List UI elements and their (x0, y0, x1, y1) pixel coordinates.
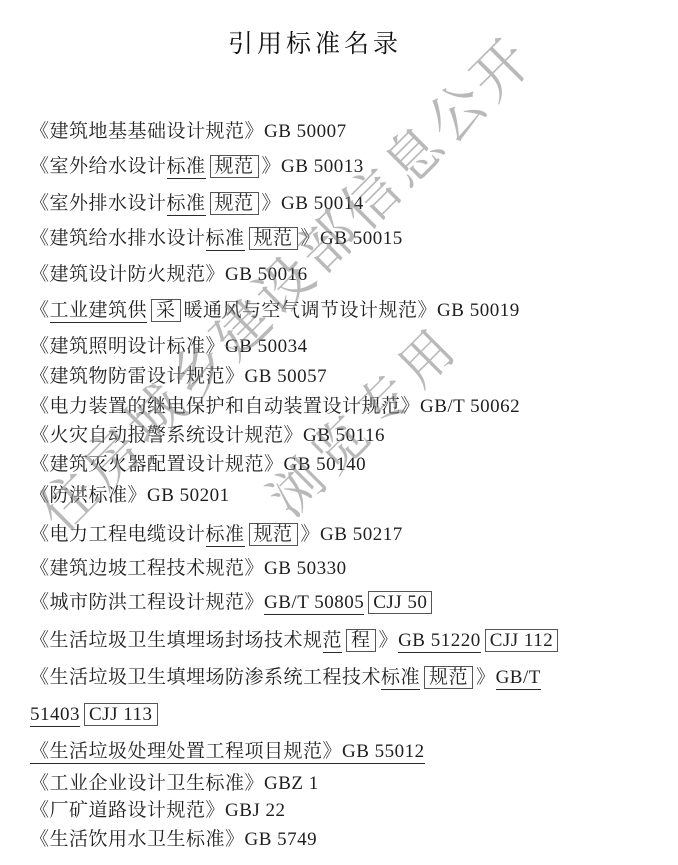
text-segment: 《城市防洪工程设计规范》 (30, 592, 264, 613)
text-segment: 《防洪标准》GB 50201 (30, 485, 230, 506)
text-segment: 《电力装置的继电保护和自动装置设计规范》GB/T 50062 (30, 396, 520, 417)
standard-item: 《建筑边坡工程技术规范》GB 50330 (30, 556, 347, 582)
text-segment: 《建筑边坡工程技术规范》GB 50330 (30, 558, 347, 579)
text-segment: 《建筑地基基础设计规范》GB 50007 (30, 121, 347, 142)
standard-item: 《防洪标准》GB 50201 (30, 483, 230, 509)
added-text-segment: 标准 (381, 667, 420, 690)
text-segment: 《生活垃圾卫生填埋场防渗系统工程技术 (30, 667, 381, 688)
standard-item: 《建筑物防雷设计规范》GB 50057 (30, 364, 327, 390)
added-text-segment: 《生活垃圾处理处置工程项目规范》GB 55012 (30, 741, 425, 764)
added-text-segment: 标准 (167, 193, 206, 216)
standard-item: 《电力装置的继电保护和自动装置设计规范》GB/T 50062 (30, 394, 520, 420)
standard-item: 《工业企业设计卫生标准》GBZ 1 (30, 771, 319, 797)
deleted-text-segment: CJJ 112 (485, 629, 559, 652)
text-segment: 《 (30, 300, 50, 321)
standard-item: 《建筑设计防火规范》GB 50016 (30, 262, 308, 288)
text-segment: 》 (379, 630, 399, 651)
text-segment: 暖通风与空气调节设计规范》GB 50019 (184, 300, 520, 321)
deleted-text-segment: 规范 (249, 227, 298, 250)
deleted-text-segment: 规范 (210, 192, 259, 215)
text-segment: 》GB 50217 (301, 524, 403, 545)
standard-item: 《建筑给水排水设计标准规范》GB 50015 (30, 226, 403, 252)
text-segment: 《电力工程电缆设计 (30, 524, 206, 545)
standard-item: 《室外排水设计标准规范》GB 50014 (30, 191, 364, 217)
added-text-segment: GB 51220 (398, 630, 481, 653)
standard-item: 《生活饮用水卫生标准》GB 5749 (30, 827, 317, 853)
standard-item: 《火灾自动报警系统设计规范》GB 50116 (30, 423, 385, 449)
text-segment: 《室外排水设计 (30, 193, 167, 214)
text-segment: 》 (476, 667, 496, 688)
deleted-text-segment: 程 (346, 629, 376, 652)
added-text-segment: 范 (323, 630, 343, 653)
standard-item: 51403CJJ 113 (30, 702, 161, 728)
deleted-text-segment: CJJ 50 (368, 591, 432, 614)
deleted-text-segment: 采 (151, 299, 181, 322)
deleted-text-segment: CJJ 113 (84, 703, 158, 726)
standards-list: 《建筑地基基础设计规范》GB 50007《室外给水设计标准规范》GB 50013… (0, 0, 678, 865)
deleted-text-segment: 规范 (210, 155, 259, 178)
added-text-segment: 标准 (206, 524, 245, 547)
standard-item: 《电力工程电缆设计标准规范》GB 50217 (30, 522, 403, 548)
text-segment: 《建筑设计防火规范》GB 50016 (30, 264, 308, 285)
standard-item: 《建筑灭火器配置设计规范》GB 50140 (30, 452, 366, 478)
text-segment: 《建筑给水排水设计 (30, 228, 206, 249)
added-text-segment: GB/T 50805 (264, 592, 364, 615)
standard-item: 《生活垃圾卫生填埋场防渗系统工程技术标准规范》GB/T (30, 665, 541, 691)
standard-item: 《室外给水设计标准规范》GB 50013 (30, 154, 364, 180)
standard-item: 《建筑地基基础设计规范》GB 50007 (30, 119, 347, 145)
text-segment: 《建筑照明设计标准》GB 50034 (30, 336, 308, 357)
text-segment: 《生活饮用水卫生标准》GB 5749 (30, 829, 317, 850)
standard-item: 《工业建筑供采暖通风与空气调节设计规范》GB 50019 (30, 298, 520, 324)
text-segment: 《建筑灭火器配置设计规范》GB 50140 (30, 454, 366, 475)
text-segment: 》GB 50013 (262, 156, 364, 177)
added-text-segment: 标准 (206, 228, 245, 251)
standard-item: 《厂矿道路设计规范》GBJ 22 (30, 798, 286, 824)
text-segment: 《工业企业设计卫生标准》GBZ 1 (30, 773, 319, 794)
added-text-segment: 工业建筑供 (50, 300, 148, 323)
added-text-segment: 51403 (30, 704, 80, 727)
text-segment: 《建筑物防雷设计规范》GB 50057 (30, 366, 327, 387)
added-text-segment: 标准 (167, 156, 206, 179)
standard-item: 《城市防洪工程设计规范》GB/T 50805CJJ 50 (30, 590, 435, 616)
text-segment: 《厂矿道路设计规范》GBJ 22 (30, 800, 286, 821)
deleted-text-segment: 规范 (424, 666, 473, 689)
document-page: 引用标准名录 《建筑地基基础设计规范》GB 50007《室外给水设计标准规范》G… (0, 0, 678, 865)
standard-item: 《建筑照明设计标准》GB 50034 (30, 334, 308, 360)
standard-item: 《生活垃圾处理处置工程项目规范》GB 55012 (30, 739, 425, 765)
text-segment: 《生活垃圾卫生填埋场封场技术规 (30, 630, 323, 651)
text-segment: 《室外给水设计 (30, 156, 167, 177)
added-text-segment: GB/T (496, 667, 541, 690)
text-segment: 》GB 50014 (262, 193, 364, 214)
deleted-text-segment: 规范 (249, 523, 298, 546)
text-segment: 》GB 50015 (301, 228, 403, 249)
standard-item: 《生活垃圾卫生填埋场封场技术规范程》GB 51220CJJ 112 (30, 628, 561, 654)
text-segment: 《火灾自动报警系统设计规范》GB 50116 (30, 425, 385, 446)
